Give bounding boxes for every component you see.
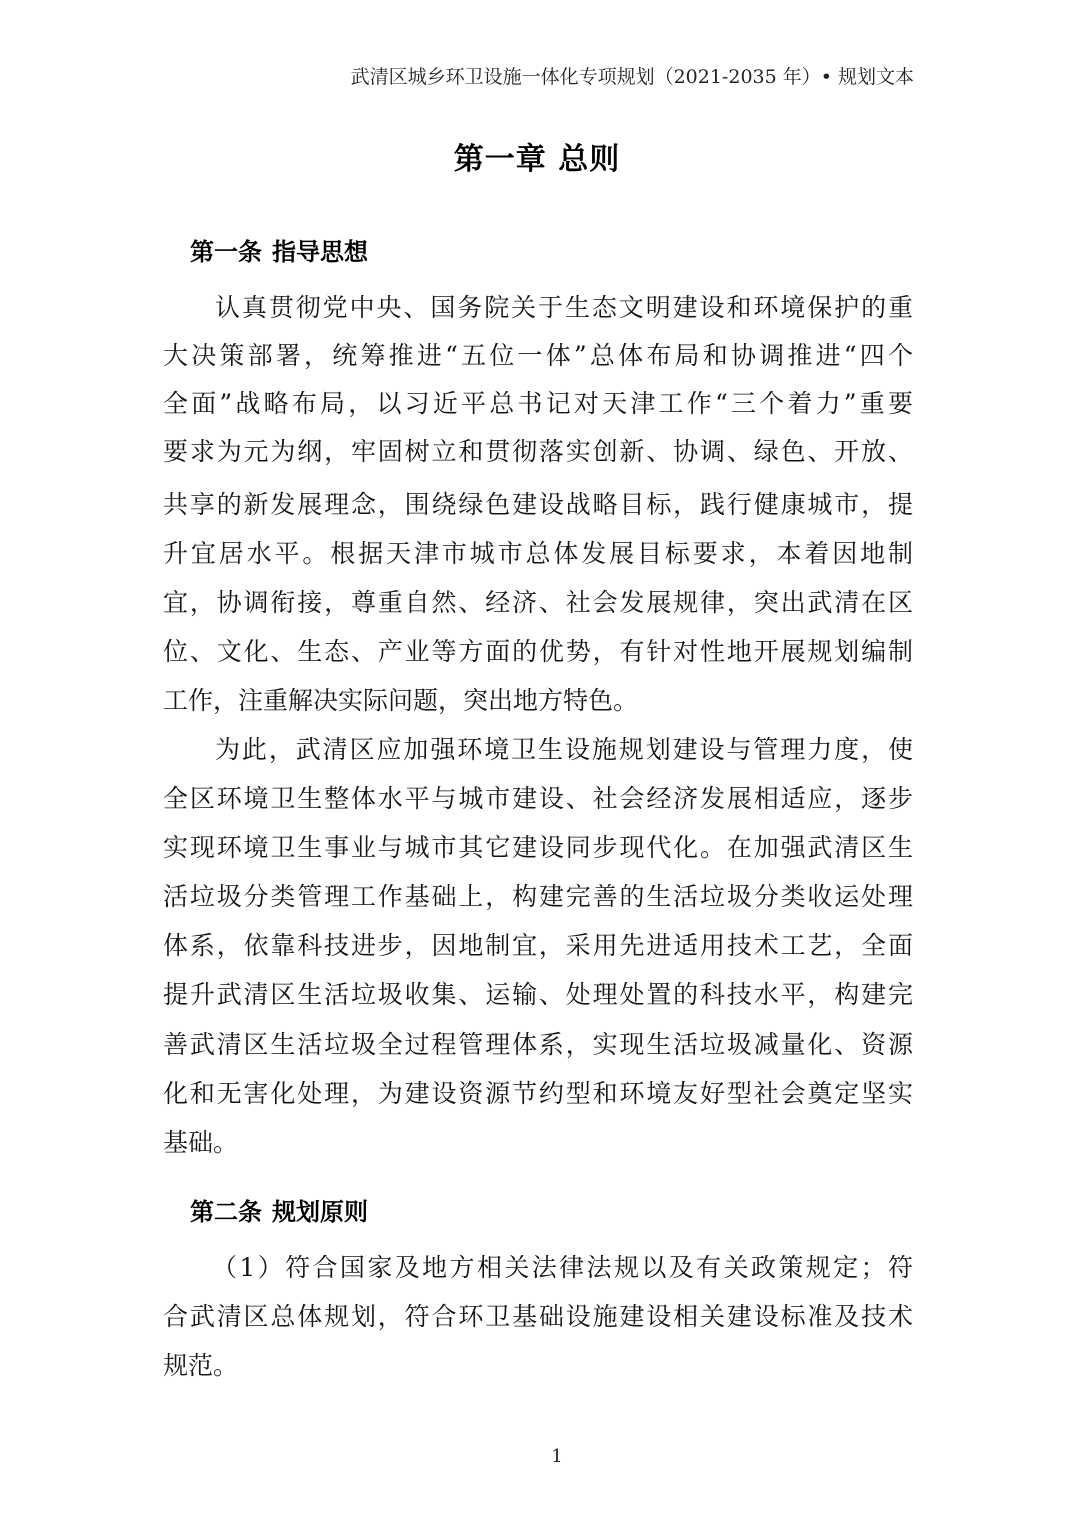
section-number: 第一条 bbox=[190, 238, 262, 266]
running-header: 武清区城乡环卫设施一体化专项规划（2021-2035 年）• 规划文本 bbox=[351, 62, 914, 89]
text-line: 升宜居水平。根据天津市城市总体发展目标要求，本着因地制 bbox=[163, 539, 913, 569]
chapter-title: 第一章 总则 bbox=[0, 134, 1074, 178]
text-line: 全面”战略布局，以习近平总书记对天津工作“三个着力”重要 bbox=[163, 389, 913, 419]
text-line: 全区环境卫生整体水平与城市建设、社会经济发展相适应，逐步 bbox=[163, 784, 913, 814]
text-line: 认真贯彻党中央、国务院关于生态文明建设和环境保护的重 bbox=[215, 293, 913, 323]
text-line: 合武清区总体规划，符合环卫基础设施建设相关建设标准及技术 bbox=[163, 1302, 913, 1332]
text-line: 共享的新发展理念，围绕绿色建设战略目标，践行健康城市，提 bbox=[163, 490, 913, 520]
text-line: （1）符合国家及地方相关法律法规以及有关政策规定；符 bbox=[212, 1253, 913, 1283]
text-line: 为此，武清区应加强环境卫生设施规划建设与管理力度，使 bbox=[215, 735, 913, 765]
text-line: 提升武清区生活垃圾收集、运输、处理处置的科技水平，构建完 bbox=[163, 980, 913, 1010]
page-number: 1 bbox=[0, 1446, 1074, 1467]
text-line: 体系，依靠科技进步，因地制宜，采用先进适用技术工艺，全面 bbox=[163, 931, 913, 961]
section-title: 指导思想 bbox=[272, 238, 368, 266]
text-line: 工作，注重解决实际问题，突出地方特色。 bbox=[163, 686, 913, 716]
text-line: 规范。 bbox=[163, 1351, 913, 1381]
text-line: 大决策部署，统筹推进“五位一体”总体布局和协调推进“四个 bbox=[163, 341, 913, 371]
text-line: 要求为元为纲，牢固树立和贯彻落实创新、协调、绿色、开放、 bbox=[163, 437, 913, 467]
section-heading-2: 第二条规划原则 bbox=[190, 1192, 368, 1227]
section-heading-1: 第一条指导思想 bbox=[190, 232, 368, 267]
text-line: 实现环境卫生事业与城市其它建设同步现代化。在加强武清区生 bbox=[163, 833, 913, 863]
text-line: 善武清区生活垃圾全过程管理体系，实现生活垃圾减量化、资源 bbox=[163, 1030, 913, 1060]
section-title: 规划原则 bbox=[272, 1198, 368, 1226]
text-line: 基础。 bbox=[163, 1128, 913, 1158]
section-number: 第二条 bbox=[190, 1198, 262, 1226]
text-line: 化和无害化处理，为建设资源节约型和环境友好型社会奠定坚实 bbox=[163, 1079, 913, 1109]
text-line: 宜，协调衔接，尊重自然、经济、社会发展规律，突出武清在区 bbox=[163, 588, 913, 618]
text-line: 活垃圾分类管理工作基础上，构建完善的生活垃圾分类收运处理 bbox=[163, 882, 913, 912]
text-line: 位、文化、生态、产业等方面的优势，有针对性地开展规划编制 bbox=[163, 637, 913, 667]
